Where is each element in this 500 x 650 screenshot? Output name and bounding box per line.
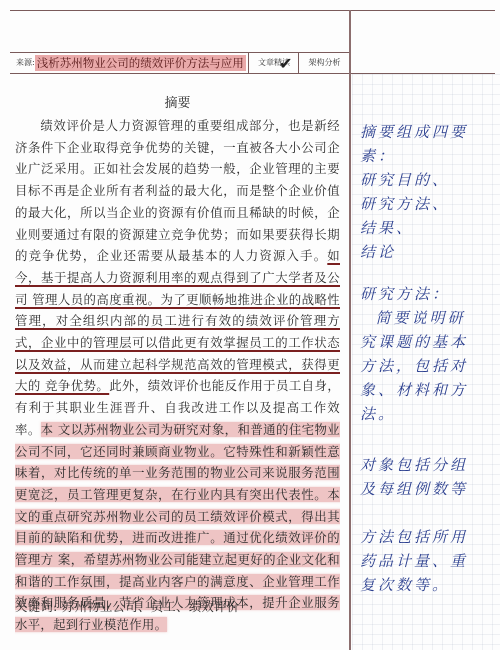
note-methods: 方法包括所用 药品计量、重 复次数等。 <box>360 525 468 597</box>
abstract-body: 摘要 绩效评价是人力资源管理的重要组成部分，也是新经济条件下企业取得竞争优势的关… <box>15 90 340 636</box>
abstract-title: 摘要 <box>15 92 340 111</box>
segment-plain-intro: 绩效评价是人力资源管理的重要组成部分，也是新经济条件下企业取得竞争优势的关键，一… <box>15 118 340 263</box>
source-title: 浅析苏州物业公司的绩效评价方法与应用 <box>35 55 246 71</box>
checkmark-icon: ✔ <box>279 54 292 73</box>
tab-structure-analysis[interactable]: 架构分析 <box>298 52 350 73</box>
note-research-method: 研究方法： 简要说明研 究课题的基本 方法，包括对 象、材料和方 法。 <box>360 282 468 426</box>
source-label: 来源: <box>16 57 35 68</box>
note-subjects: 对象包括分组 及每组例数等 <box>360 453 468 501</box>
abstract-paragraph: 绩效评价是人力资源管理的重要组成部分，也是新经济条件下企业取得竞争优势的关键，一… <box>15 115 340 636</box>
tab-label: 架构分析 <box>309 57 341 68</box>
top-rule <box>10 10 495 11</box>
tab-article-reading[interactable]: 文章精读 ✔ <box>248 52 299 73</box>
note-abstract-elements: 摘要组成四要 素： 研究目的、 研究方法、 结果、 结论 <box>360 120 468 264</box>
segment-underlined: 如今，基于提高人力资源利用率的观点得到了广大学者及公司 管理人员的高度重视。为了… <box>15 248 340 393</box>
keywords-line: 关键词: 苏州物业公司、员工、绩效评价 <box>15 597 239 615</box>
panel-divider <box>349 10 351 650</box>
